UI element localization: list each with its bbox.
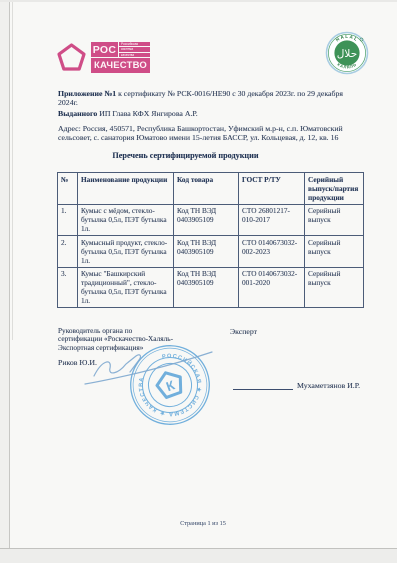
appendix-certificate-info: к сертификату № РСК-0016/НЕ90 с 30 декаб…: [116, 89, 343, 98]
certified-products-table: № Наименование продукции Код товара ГОСТ…: [57, 172, 364, 308]
cell-product-name: Кумыс "Башкирский традиционный", стекло-…: [78, 267, 174, 308]
halal-arabic-calligraphy: حلال: [337, 48, 357, 60]
cell-number: 1.: [58, 204, 78, 236]
col-header-number: №: [58, 173, 78, 205]
address-line-1: Адрес: Россия, 450571, Республика Башкор…: [58, 124, 343, 134]
table-row: 2. Кумысный продукт, стекло-бутылка 0,5л…: [58, 236, 364, 268]
cell-release-type: Серийный выпуск: [305, 204, 364, 236]
appendix-line-1: Приложение №1 к сертификату № РСК-0016/Н…: [58, 89, 343, 99]
roskachestvo-word-bottom: КАЧЕСТВО: [91, 58, 150, 73]
cell-product-name: Кумыс с мёдом, стекло-бутылка 0,5л, ПЭТ …: [78, 204, 174, 236]
quality-pentagon-icon: [56, 42, 87, 74]
col-header-product-name: Наименование продукции: [78, 173, 174, 205]
scan-bottom-edge: [0, 548, 397, 563]
page-indicator: Страница 1 из 15: [9, 520, 397, 527]
cell-number: 3.: [58, 267, 78, 308]
issued-to-value: ИП Глава КФХ Янгирова А.Р.: [97, 109, 197, 118]
table-header-row: № Наименование продукции Код товара ГОСТ…: [58, 173, 364, 205]
cell-release-type: Серийный выпуск: [305, 267, 364, 308]
cell-product-name: Кумысный продукт, стекло-бутылка 0,5л, П…: [78, 236, 174, 268]
scan-left-edge: [0, 0, 10, 563]
tagline-strip-2: система: [119, 47, 150, 51]
expert-name: Мухаметзянов И.Р.: [297, 381, 360, 391]
cell-product-code: Код ТН ВЭД 0403905109: [174, 236, 239, 268]
appendix-line-2: 2024г.: [58, 98, 78, 108]
roskachestvo-word-top: РОС: [91, 42, 118, 57]
roskachestvo-logo: РОС Российская система качества КАЧЕСТВО: [56, 41, 156, 75]
cell-gost: СТО 26801217-010-2017: [239, 204, 305, 236]
address-line-2: сельсовет, с. санатория Юматово имени 15…: [58, 133, 338, 143]
cell-number: 2.: [58, 236, 78, 268]
col-header-product-code: Код товара: [174, 173, 239, 205]
tagline-strip-3: качества: [119, 53, 150, 57]
roskachestvo-tagline: Российская система качества: [119, 42, 150, 57]
scanned-certificate-page: РОС Российская система качества КАЧЕСТВО…: [0, 0, 397, 563]
cell-release-type: Серийный выпуск: [305, 236, 364, 268]
handwritten-signature: [80, 340, 220, 400]
appendix-number: Приложение №1: [58, 89, 116, 98]
cell-gost: СТО 0140673032-001-2020: [239, 267, 305, 308]
tagline-strip-1: Российская: [119, 42, 150, 46]
expert-signature-line: [233, 389, 293, 390]
table-row: 3. Кумыс "Башкирский традиционный", стек…: [58, 267, 364, 308]
table-row: 1. Кумыс с мёдом, стекло-бутылка 0,5л, П…: [58, 204, 364, 236]
cell-product-code: Код ТН ВЭД 0403905109: [174, 267, 239, 308]
scan-left-crease: [12, 0, 13, 340]
issued-to-label: Выданного: [58, 109, 97, 118]
expert-role-label: Эксперт: [230, 327, 257, 337]
col-header-release-type: Серийный выпуск/партия продукции: [305, 173, 364, 205]
cell-product-code: Код ТН ВЭД 0403905109: [174, 204, 239, 236]
issued-to-line: Выданного ИП Глава КФХ Янгирова А.Р.: [58, 109, 198, 119]
scan-top-edge: [0, 0, 397, 2]
cell-gost: СТО 0140673032-002-2023: [239, 236, 305, 268]
col-header-gost: ГОСТ Р/ТУ: [239, 173, 305, 205]
products-list-title: Перечень сертифицируемой продукции: [58, 151, 313, 160]
halal-certification-logo: HALAL ХАЛЯЛЬ حلال: [325, 31, 369, 75]
